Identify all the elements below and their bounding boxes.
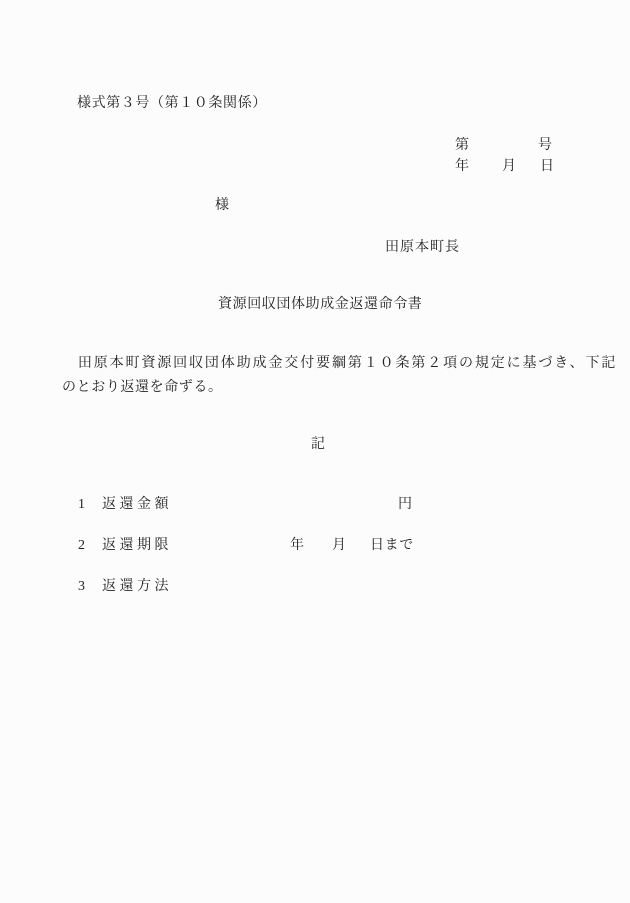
item-label-deadline: 返還期限 bbox=[102, 537, 172, 554]
date-year-label: 年 bbox=[455, 158, 470, 175]
date-day-label: 日 bbox=[540, 158, 555, 175]
item-label-method: 返還方法 bbox=[102, 578, 172, 595]
document-page: 様式第３号（第１０条関係） 第 号 年 月 日 様 田原本町長 資源回収団体助成… bbox=[0, 0, 630, 903]
item-unit-yen: 円 bbox=[398, 496, 413, 513]
item-row-amount: 1 返還金額 円 bbox=[0, 496, 630, 514]
item-row-deadline: 2 返還期限 年 月 日まで bbox=[0, 537, 630, 555]
date-line: 年 月 日 bbox=[0, 158, 630, 176]
form-number: 様式第３号（第１０条関係） bbox=[77, 95, 267, 112]
item-number: 1 bbox=[78, 496, 86, 513]
body-line-1: 田原本町資源回収団体助成金交付要綱第１０条第２項の規定に基づき、下記 bbox=[62, 355, 616, 372]
deadline-year-label: 年 bbox=[290, 537, 305, 554]
doc-number-prefix: 第 bbox=[455, 137, 470, 154]
document-title: 資源回収団体助成金返還命令書 bbox=[218, 296, 422, 313]
deadline-day-label: 日まで bbox=[370, 537, 414, 554]
sender-name: 田原本町長 bbox=[385, 239, 460, 256]
ki-heading: 記 bbox=[311, 436, 326, 453]
doc-number-suffix: 号 bbox=[538, 137, 553, 154]
doc-number-line: 第 号 bbox=[0, 137, 630, 155]
addressee-suffix: 様 bbox=[215, 197, 230, 214]
item-number: 2 bbox=[78, 537, 86, 554]
item-number: 3 bbox=[78, 578, 86, 595]
item-row-method: 3 返還方法 bbox=[0, 578, 630, 596]
item-label-amount: 返還金額 bbox=[102, 496, 172, 513]
body-line-2: のとおり返還を命ずる。 bbox=[62, 379, 223, 396]
date-month-label: 月 bbox=[502, 158, 517, 175]
deadline-month-label: 月 bbox=[332, 537, 347, 554]
